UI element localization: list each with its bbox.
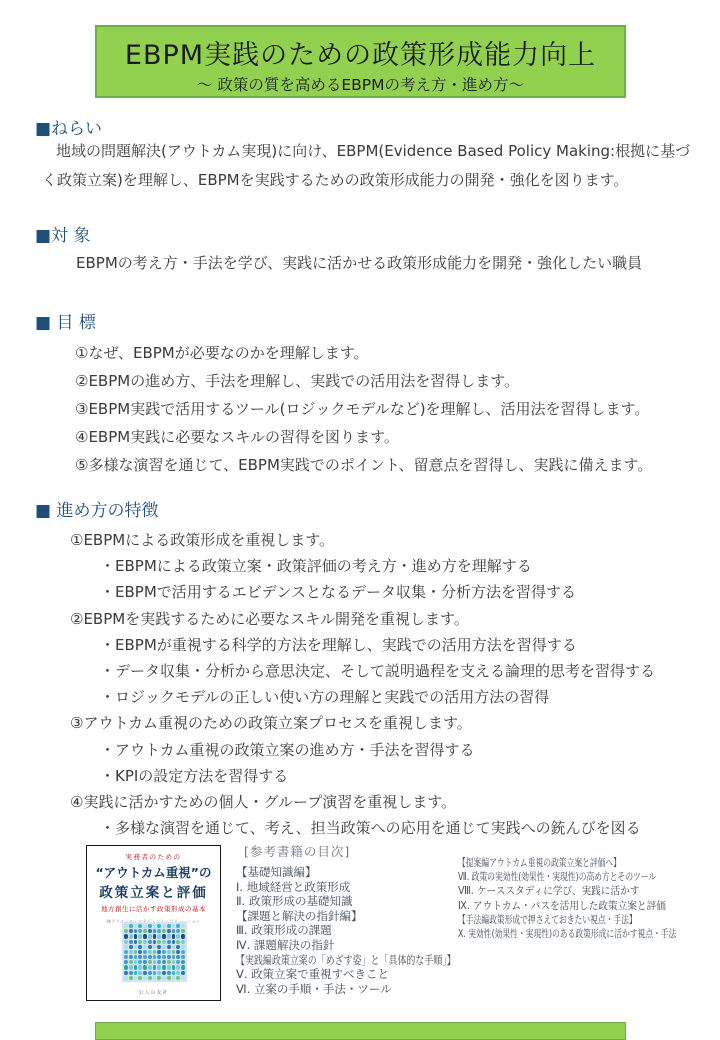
goal-list-item: ③EBPM実践で活用するツール(ロジックモデルなど)を理解し、活用法を習得します… xyxy=(75,395,652,423)
feature-list-item: ・EBPMが重視する科学的方法を理解し、実践での活用方法を習得する xyxy=(70,632,655,658)
toc-item: 【基礎知識編】 xyxy=(236,865,456,880)
toc-title: [参考書籍の目次] xyxy=(244,842,350,860)
goal-list-item: ④EBPM実践に必要なスキルの習得を図ります。 xyxy=(75,423,652,451)
feature-list-item: ②EBPMを実践するために必要なスキル開発を重視します。 xyxy=(70,606,655,632)
toc-item: 【手法編政策形成で押さえておきたい視点・手法】 xyxy=(458,913,649,927)
toc-item: Ⅰ. 地域経営と政策形成 xyxy=(236,880,456,895)
book-mosaic xyxy=(122,922,187,982)
toc-left-column: 【基礎知識編】Ⅰ. 地域経営と政策形成Ⅱ. 政策形成の基礎知識【課題と解決の指針… xyxy=(236,865,456,996)
toc-item: Ⅶ. 政策の実効性(効果性・実現性)の高め方とそのツール xyxy=(458,870,649,884)
title-banner: EBPM実践のための政策形成能力向上 〜 政策の質を高めるEBPMの考え方・進め… xyxy=(95,25,626,98)
page-title: EBPM実践のための政策形成能力向上 xyxy=(97,33,624,72)
toc-item: 【実践編政策立案の「めざす姿」と「具体的な手順」】 xyxy=(236,953,408,968)
section-heading-taisho: ■対 象 xyxy=(35,221,90,246)
section-paragraph-nerai: 地域の問題解決(アウトカム実現)に向け、EBPM(Evidence Based … xyxy=(42,137,694,195)
toc-item: Ⅹ. 実効性(効果性・実現性)のある政策形成に活かす視点・手法 xyxy=(458,927,649,941)
toc-item: Ⅲ. 政策形成の課題 xyxy=(236,923,456,938)
toc-item: 【課題と解決の指針編】 xyxy=(236,909,456,924)
feature-list-item: ・ロジックモデルの正しい使い方の理解と実践での活用方法の習得 xyxy=(70,684,655,710)
toc-item: Ⅴ. 政策立案で重視すべきこと xyxy=(236,967,456,982)
goal-list-item: ②EBPMの進め方、手法を理解し、実践での活用法を習得します。 xyxy=(75,367,652,395)
section-heading-nerai: ■ねらい xyxy=(35,114,102,139)
toc-right-column: 【提案編アウトカム重視の政策立案と評価へ】Ⅶ. 政策の実効性(効果性・実現性)の… xyxy=(458,856,716,941)
goal-list-item: ⑤多様な演習を通じて、EBPM実践でのポイント、留意点を習得し、実践に備えます。 xyxy=(75,451,652,479)
toc-item: Ⅳ. 課題解決の指針 xyxy=(236,938,456,953)
book-subtitle: 地方創生に活かす政策形成の基本 xyxy=(87,904,220,913)
section-paragraph-taisho: EBPMの考え方・手法を学び、実践に活かせる政策形成能力を開発・強化したい職員 xyxy=(76,252,642,273)
book-publisher: 公人の友社 xyxy=(87,989,220,996)
flyer-page: EBPM実践のための政策形成能力向上 〜 政策の質を高めるEBPMの考え方・進め… xyxy=(0,0,720,1040)
section-heading-mokuhyo: ■ 目 標 xyxy=(35,308,96,333)
toc-item: Ⅸ. アウトカム・パスを活用した政策立案と評価 xyxy=(458,899,695,913)
page-subtitle: 〜 政策の質を高めるEBPMの考え方・進め方〜 xyxy=(97,73,624,95)
book-title-line1: “アウトカム重視”の xyxy=(87,863,220,881)
book-title-line2: 政策立案と評価 xyxy=(87,881,220,901)
feature-list-item: ・KPIの設定方法を習得する xyxy=(70,763,655,789)
section-heading-susume: ■ 進め方の特徴 xyxy=(35,496,158,521)
feature-list-item: ・EBPMによる政策立案・政策評価の考え方・進め方を理解する xyxy=(70,553,655,579)
feature-list-item: ④実践に活かすための個人・グループ演習を重視します。 xyxy=(70,789,655,815)
footer-green-bar xyxy=(95,1022,626,1040)
feature-list: ①EBPMによる政策形成を重視します。・EBPMによる政策立案・政策評価の考え方… xyxy=(70,527,655,841)
feature-list-item: ・アウトカム重視の政策立案の進め方・手法を習得する xyxy=(70,737,655,763)
book-cover: 実務者のための “アウトカム重視”の 政策立案と評価 地方創生に活かす政策形成の… xyxy=(86,845,221,1001)
toc-item: 【提案編アウトカム重視の政策立案と評価へ】 xyxy=(458,856,649,870)
feature-list-item: ・EBPMで活用するエビデンスとなるデータ収集・分析方法を習得する xyxy=(70,579,655,605)
feature-list-item: ③アウトカム重視のための政策立案プロセスを重視します。 xyxy=(70,710,655,736)
feature-list-item: ・多様な演習を通じて、考え、担当政策への応用を通じて実践への銃んびを図る xyxy=(70,815,655,841)
toc-item: Ⅵ. 立案の手順・手法・ツール xyxy=(236,982,456,997)
goal-list: ①なぜ、EBPMが必要なのかを理解します。②EBPMの進め方、手法を理解し、実践… xyxy=(75,339,652,479)
feature-list-item: ①EBPMによる政策形成を重視します。 xyxy=(70,527,655,553)
toc-item: Ⅷ. ケーススタディに学び、実践に活かす xyxy=(458,884,695,898)
toc-item: Ⅱ. 政策形成の基礎知識 xyxy=(236,894,456,909)
goal-list-item: ①なぜ、EBPMが必要なのかを理解します。 xyxy=(75,339,652,367)
feature-list-item: ・データ収集・分析から意思決定、そして説明過程を支える論理的思考を習得する xyxy=(70,658,655,684)
book-tagline: 実務者のための xyxy=(87,852,220,861)
